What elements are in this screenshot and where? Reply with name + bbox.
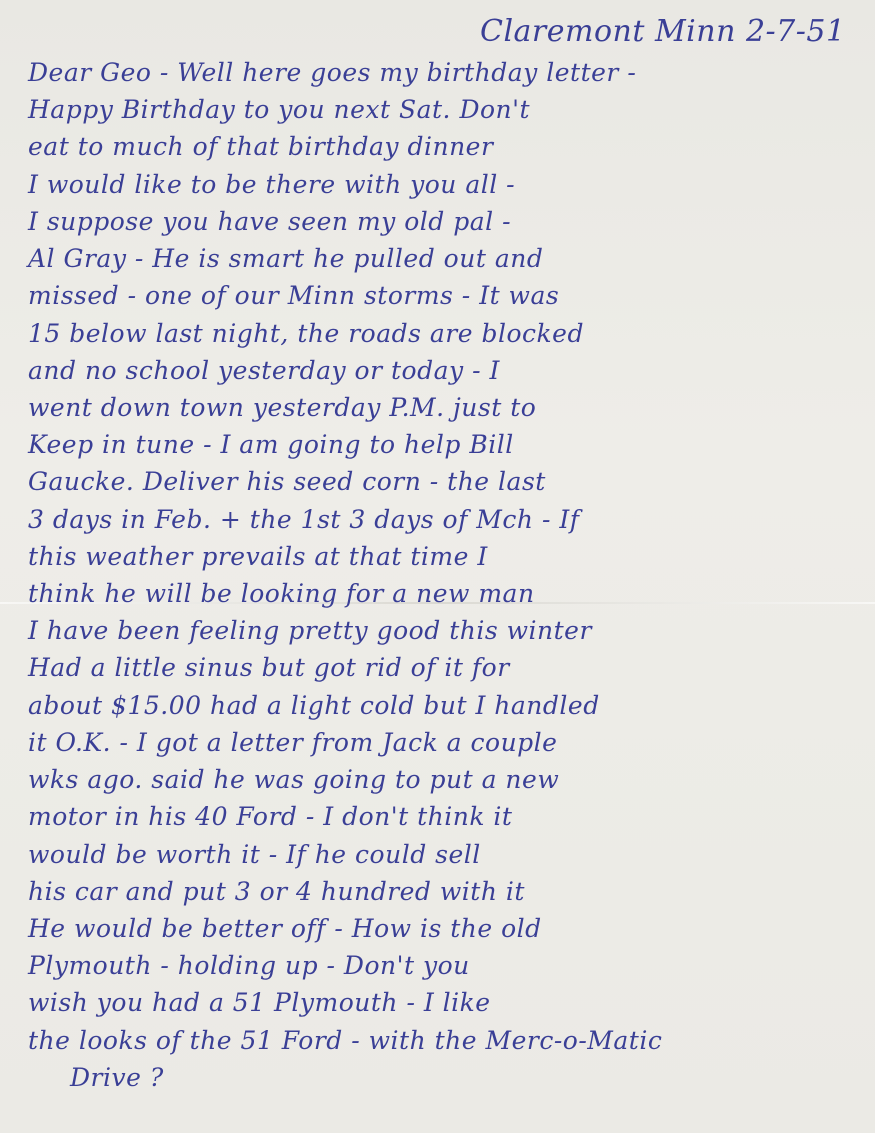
letter-line: Gaucke. Deliver his seed corn - the last (28, 467, 865, 496)
letter-line: motor in his 40 Ford - I don't think it (28, 802, 865, 831)
letter-line: Keep in tune - I am going to help Bill (28, 430, 865, 459)
place-and-date: Claremont Minn 2-7-51 (480, 14, 846, 49)
letter-line: He would be better off - How is the old (28, 914, 865, 943)
letter-line: think he will be looking for a new man (28, 579, 865, 608)
letter-line: I have been feeling pretty good this win… (28, 616, 865, 645)
letter-line: this weather prevails at that time I (28, 542, 865, 571)
letter-line: 3 days in Feb. + the 1st 3 days of Mch -… (28, 505, 865, 534)
letter-line: it O.K. - I got a letter from Jack a cou… (28, 728, 865, 757)
letter-line: Plymouth - holding up - Don't you (28, 951, 865, 980)
letter-line: I suppose you have seen my old pal - (28, 207, 865, 236)
letter-line: eat to much of that birthday dinner (28, 132, 865, 161)
letter-line: 15 below last night, the roads are block… (28, 319, 865, 348)
letter-line: and no school yesterday or today - I (28, 356, 865, 385)
letter-line: wks ago. said he was going to put a new (28, 765, 865, 794)
letter-line: Had a little sinus but got rid of it for (28, 653, 865, 682)
letter-line: about $15.00 had a light cold but I hand… (28, 691, 865, 720)
letter-line: wish you had a 51 Plymouth - I like (28, 988, 865, 1017)
letter-line: I would like to be there with you all - (28, 170, 865, 199)
handwritten-letter: Claremont Minn 2-7-51 Dear Geo - Well he… (0, 0, 875, 1133)
letter-line: his car and put 3 or 4 hundred with it (28, 877, 865, 906)
letter-line: would be worth it - If he could sell (28, 840, 865, 869)
letter-line: the looks of the 51 Ford - with the Merc… (28, 1026, 865, 1055)
letter-line: Drive ? (70, 1063, 865, 1092)
letter-line: Dear Geo - Well here goes my birthday le… (28, 58, 865, 87)
letter-line: Al Gray - He is smart he pulled out and (28, 244, 865, 273)
letter-line: missed - one of our Minn storms - It was (28, 281, 865, 310)
letter-line: Happy Birthday to you next Sat. Don't (28, 95, 865, 124)
letter-line: went down town yesterday P.M. just to (28, 393, 865, 422)
